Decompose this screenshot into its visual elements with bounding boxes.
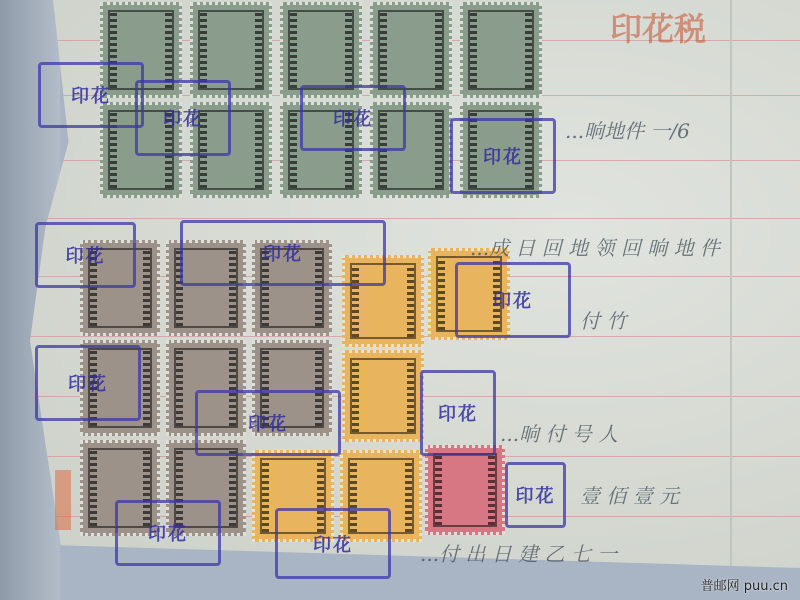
green-revenue-stamp [370, 2, 452, 98]
handwriting-line: 付 竹 [580, 305, 626, 334]
seal-chop: 印花 [35, 222, 136, 288]
seal-chop: 印花 [275, 508, 391, 579]
seal-chop: 印花 [35, 345, 141, 421]
handwriting-line: 壹 佰 壹 元 [580, 480, 679, 509]
stamp-frame [468, 10, 534, 90]
orange-revenue-stamp [342, 350, 424, 442]
red-revenue-stamp [425, 445, 505, 535]
ruled-line [30, 218, 800, 219]
red-mark [55, 470, 71, 530]
stamp-frame [198, 10, 264, 90]
seal-chop: 印花 [38, 62, 144, 128]
seal-chop: 印花 [135, 80, 231, 156]
seal-chop: 印花 [420, 370, 496, 456]
watermark: 普邮网 puu.cn [701, 575, 788, 594]
handwriting-line: ...晌 付 号 人 [500, 418, 618, 447]
stamp-frame [350, 358, 416, 434]
stamp-frame [433, 453, 497, 527]
seal-chop: 印花 [115, 500, 221, 566]
seal-chop: 印花 [505, 462, 566, 528]
seal-chop: 印花 [455, 262, 571, 338]
seal-chop: 印花 [450, 118, 556, 194]
stamp-frame [288, 10, 354, 90]
fold-crease [730, 0, 732, 568]
red-seal: 印花税 [610, 4, 800, 54]
green-revenue-stamp [460, 2, 542, 98]
green-revenue-stamp [280, 2, 362, 98]
stamp-frame [378, 10, 444, 90]
handwriting-line: ...晌地件 一/6 [565, 115, 690, 144]
seal-chop: 印花 [300, 85, 406, 151]
seal-chop: 印花 [180, 220, 386, 286]
seal-chop: 印花 [195, 390, 341, 456]
handwriting-line: ...付 出 日 建 乙 七 一 [420, 538, 617, 567]
handwriting-line: ...成 日 回 地 领 回 晌 地 件 [470, 232, 720, 261]
